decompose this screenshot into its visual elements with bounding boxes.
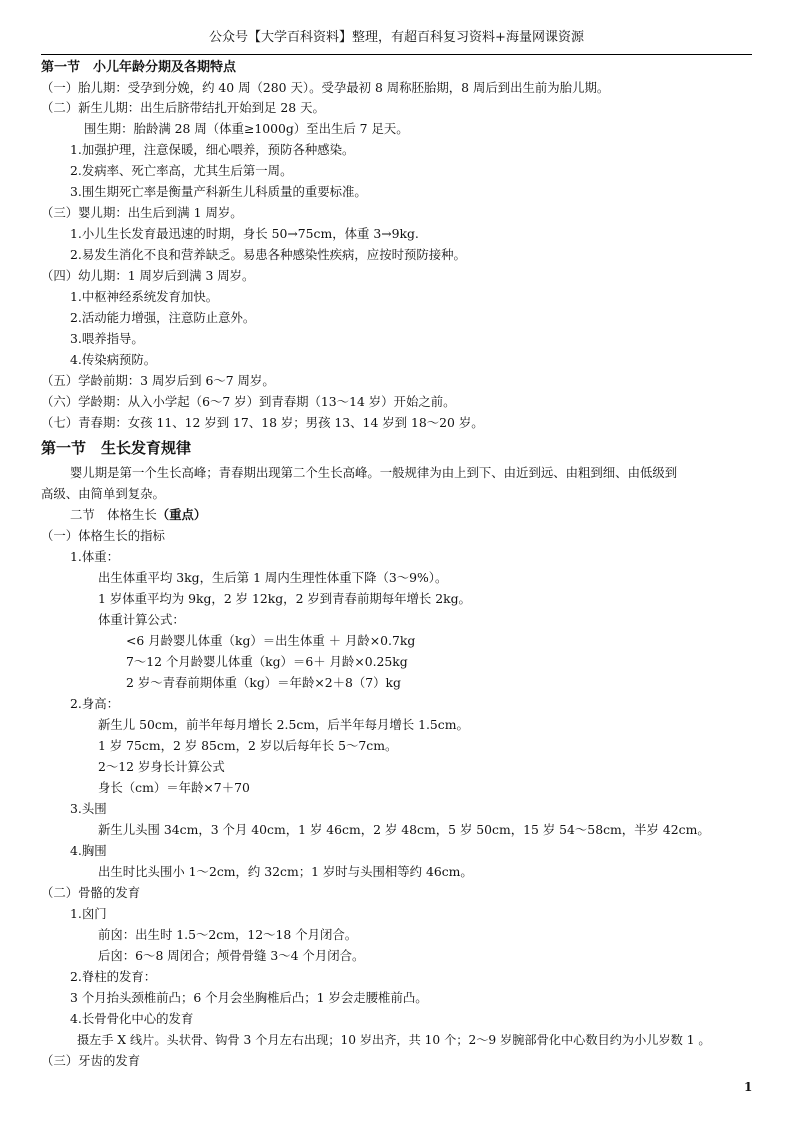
text-line: 1 岁体重平均为 9kg，2 岁 12kg，2 岁到青春前期每年增长 2kg。 [98,591,471,607]
text-line: （一）胎儿期：受孕到分娩，约 40 周（280 天）。受孕最初 8 周称胚胎期，… [41,80,609,96]
text-line: 出生体重平均 3kg，生后第 1 周内生理性体重下降（3～9%）。 [98,570,447,586]
text-line: 新生儿头围 34cm，3 个月 40cm，1 岁 46cm，2 岁 48cm，5… [98,822,710,838]
page-number: 1 [744,1080,752,1094]
text-line: 2.易发生消化不良和营养缺乏。易患各种感染性疾病，应按时预防接种。 [70,247,466,263]
formula-line: 身长（cm）＝年龄×7＋70 [98,780,250,796]
text-line: 前囟：出生时 1.5～2cm，12～18 个月闭合。 [98,927,357,943]
text-line: （三）牙齿的发育 [41,1053,140,1069]
text-line: 1.小儿生长发育最迅速的时期，身长 50→75cm，体重 3→9kg. [70,226,419,242]
text-line: 2.脊柱的发育： [70,969,156,985]
text-line: 2.身高： [70,696,119,712]
text-line: 4.传染病预防。 [70,352,156,368]
text-line: 体重计算公式： [98,612,185,628]
formula-line: 7～12 个月龄婴儿体重（kg）＝6＋ 月龄×0.25kg [126,654,408,670]
text-line: 1.囟门 [70,906,107,922]
text-line: 2.发病率、死亡率高，尤其生后第一周。 [70,163,292,179]
header-rule [41,54,752,55]
subsection-title-text: 二节 体格生长 [70,507,157,522]
text-line: （一）体格生长的指标 [41,528,165,544]
paragraph-line: 婴儿期是第一个生长高峰；青春期出现第二个生长高峰。一般规律为由上到下、由近到远、… [70,465,677,481]
text-line: 3.头围 [70,801,107,817]
text-line: 1.中枢神经系统发育加快。 [70,289,218,305]
page-header: 公众号【大学百科资料】整理，有超百科复习资料+海量网课资源 [0,30,793,46]
paragraph-line: 高级、由简单到复杂。 [41,486,165,502]
text-line: 后囟：6～8 周闭合；颅骨骨缝 3～4 个月闭合。 [98,948,364,964]
text-line: 4.长骨骨化中心的发育 [70,1011,193,1027]
text-line: （二）新生儿期：出生后脐带结扎开始到足 28 天。 [41,100,325,116]
text-line: 3 个月抬头颈椎前凸；6 个月会坐胸椎后凸；1 岁会走腰椎前凸。 [70,990,428,1006]
text-line: 1.加强护理，注意保暖，细心喂养，预防各种感染。 [70,142,354,158]
text-line: 2～12 岁身长计算公式 [98,759,225,775]
text-line: （七）青春期：女孩 11、12 岁到 17、18 岁；男孩 13、14 岁到 1… [41,415,484,431]
text-line: （二）骨骼的发育 [41,885,140,901]
text-line: 3.围生期死亡率是衡量产科新生儿科质量的重要标准。 [70,184,367,200]
text-line: 围生期：胎龄满 28 周（体重≥1000g）至出生后 7 足天。 [84,121,409,137]
text-line: 新生儿 50cm，前半年每月增长 2.5cm，后半年每月增长 1.5cm。 [98,717,469,733]
text-line: 2.活动能力增强，注意防止意外。 [70,310,255,326]
text-line: 出生时比头围小 1～2cm，约 32cm；1 岁时与头围相等约 46cm。 [98,864,473,880]
text-line: 3.喂养指导。 [70,331,144,347]
formula-line: 2 岁～青春前期体重（kg）＝年龄×2＋8（7）kg [126,675,401,691]
section-title: 第一节 小儿年龄分期及各期特点 [41,60,236,76]
subsection-title: 二节 体格生长（重点） [70,507,206,523]
text-line: 1 岁 75cm，2 岁 85cm，2 岁以后每年长 5～7cm。 [98,738,397,754]
text-line: 1.体重： [70,549,119,565]
section-title: 第一节 生长发育规律 [41,439,191,457]
text-line: 摄左手 X 线片。头状骨、钩骨 3 个月左右出现；10 岁出齐，共 10 个；2… [77,1032,711,1048]
text-line: 4.胸围 [70,843,107,859]
text-line: （三）婴儿期：出生后到满 1 周岁。 [41,205,243,221]
key-point-label: （重点） [157,507,207,522]
text-line: （六）学龄期：从入小学起（6～7 岁）到青春期（13～14 岁）开始之前。 [41,394,456,410]
text-line: （四）幼儿期：1 周岁后到满 3 周岁。 [41,268,254,284]
document-page: 公众号【大学百科资料】整理，有超百科复习资料+海量网课资源 第一节 小儿年龄分期… [0,0,793,1122]
formula-line: <6 月龄婴儿体重（kg）＝出生体重 ＋ 月龄×0.7kg [126,633,415,649]
text-line: （五）学龄前期：3 周岁后到 6～7 周岁。 [41,373,275,389]
